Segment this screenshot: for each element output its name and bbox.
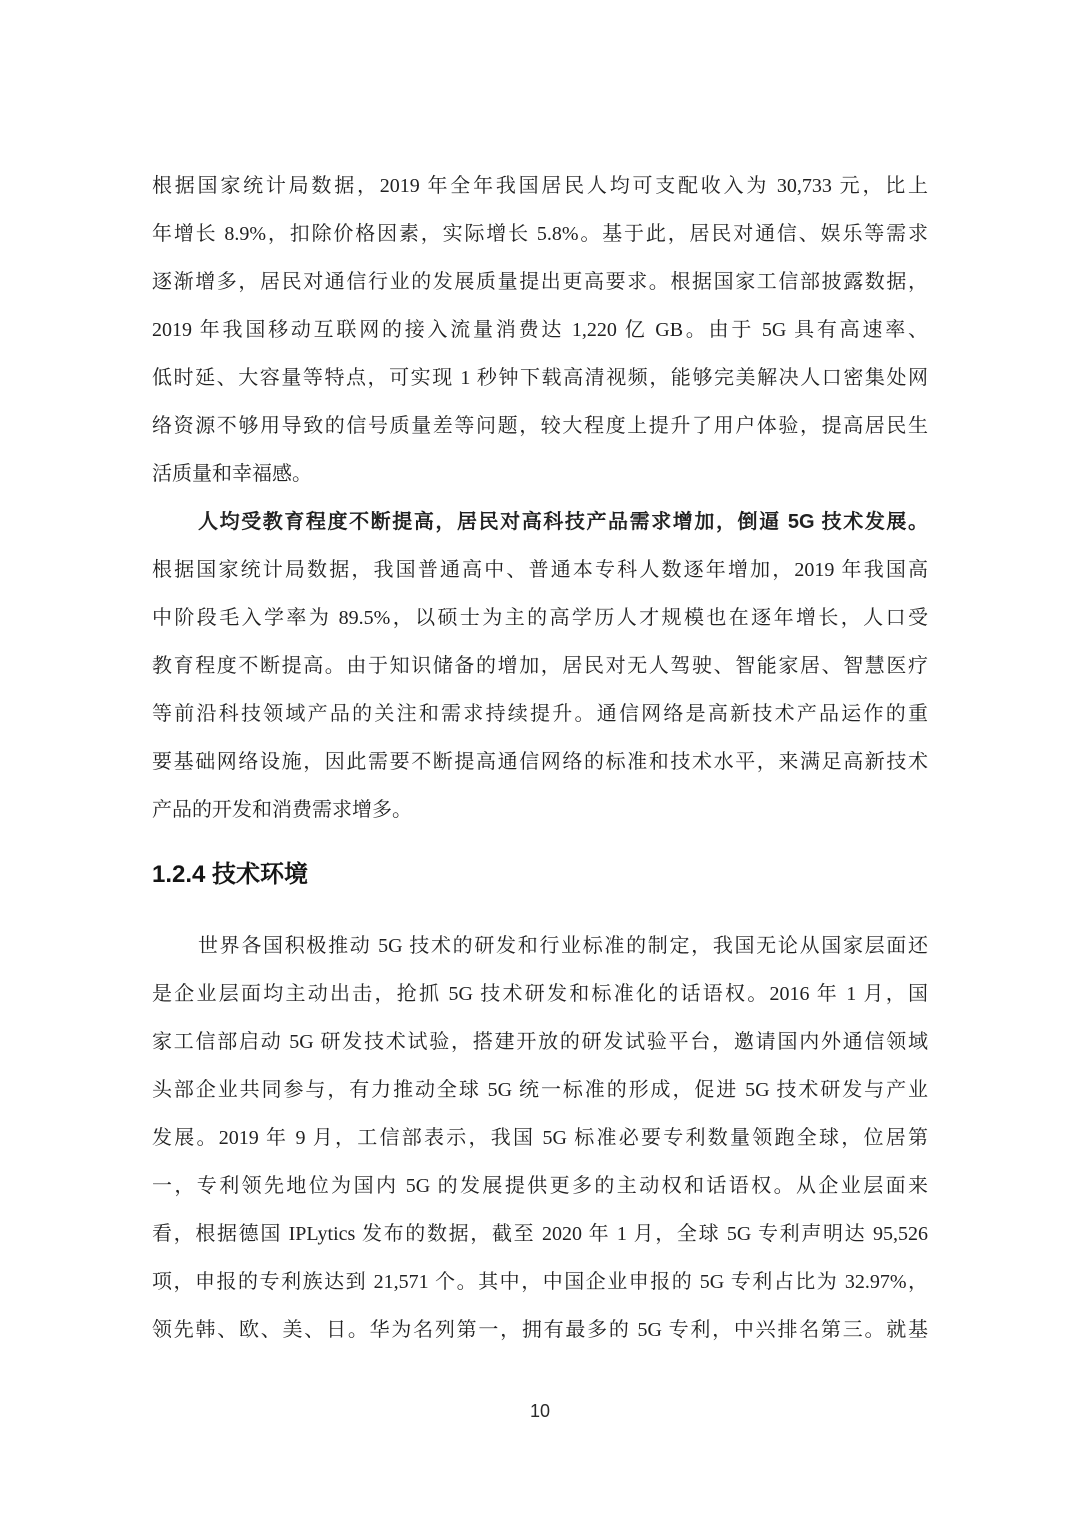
text-line: 领先韩、欧、美、日。华为名列第一，拥有最多的 5G 专利，中兴排名第三。就基 (152, 1306, 928, 1354)
text-line: 低时延、大容量等特点，可实现 1 秒钟下载高清视频，能够完美解决人口密集处网 (152, 354, 928, 402)
paragraph-5g-technology: 世界各国积极推动 5G 技术的研发和行业标准的制定，我国无论从国家层面还 是企业… (152, 922, 928, 1354)
text-line: 根据国家统计局数据，2019 年全年我国居民人均可支配收入为 30,733 元，… (152, 162, 928, 210)
paragraph-disposable-income: 根据国家统计局数据，2019 年全年我国居民人均可支配收入为 30,733 元，… (152, 162, 928, 498)
text-line: 头部企业共同参与，有力推动全球 5G 统一标准的形成，促进 5G 技术研发与产业 (152, 1066, 928, 1114)
text-line: 根据国家统计局数据，我国普通高中、普通本专科人数逐年增加，2019 年我国高 (152, 546, 928, 594)
text-line: 教育程度不断提高。由于知识储备的增加，居民对无人驾驶、智能家居、智慧医疗 (152, 642, 928, 690)
text-line: 一，专利领先地位为国内 5G 的发展提供更多的主动权和话语权。从企业层面来 (152, 1162, 928, 1210)
text-line: 2019 年我国移动互联网的接入流量消费达 1,220 亿 GB。由于 5G 具… (152, 306, 928, 354)
text-line: 是企业层面均主动出击，抢抓 5G 技术研发和标准化的话语权。2016 年 1 月… (152, 970, 928, 1018)
paragraph-education-level: 人均受教育程度不断提高，居民对高科技产品需求增加，倒逼 5G 技术发展。 根据国… (152, 498, 928, 834)
text-line: 家工信部启动 5G 研发技术试验，搭建开放的研发试验平台，邀请国内外通信领域 (152, 1018, 928, 1066)
text-line: 络资源不够用导致的信号质量差等问题，较大程度上提升了用户体验，提高居民生 (152, 402, 928, 450)
text-line: 世界各国积极推动 5G 技术的研发和行业标准的制定，我国无论从国家层面还 (152, 922, 928, 970)
page-content: 根据国家统计局数据，2019 年全年我国居民人均可支配收入为 30,733 元，… (152, 162, 928, 1354)
text-line: 看，根据德国 IPLytics 发布的数据，截至 2020 年 1 月，全球 5… (152, 1210, 928, 1258)
text-line: 逐渐增多，居民对通信行业的发展质量提出更高要求。根据国家工信部披露数据， (152, 258, 928, 306)
section-heading: 1.2.4 技术环境 (152, 856, 928, 894)
text-line: 项，申报的专利族达到 21,571 个。其中，中国企业申报的 5G 专利占比为 … (152, 1258, 928, 1306)
text-line: 年增长 8.9%，扣除价格因素，实际增长 5.8%。基于此，居民对通信、娱乐等需… (152, 210, 928, 258)
text-line: 要基础网络设施，因此需要不断提高通信网络的标准和技术水平，来满足高新技术 (152, 738, 928, 786)
text-line: 等前沿科技领域产品的关注和需求持续提升。通信网络是高新技术产品运作的重 (152, 690, 928, 738)
text-line: 发展。2019 年 9 月，工信部表示，我国 5G 标准必要专利数量领跑全球，位… (152, 1114, 928, 1162)
text-line: 中阶段毛入学率为 89.5%，以硕士为主的高学历人才规模也在逐年增长，人口受 (152, 594, 928, 642)
text-line-bold-lead: 人均受教育程度不断提高，居民对高科技产品需求增加，倒逼 5G 技术发展。 (152, 498, 928, 546)
text-line: 产品的开发和消费需求增多。 (152, 786, 928, 834)
page-number: 10 (0, 1398, 1080, 1424)
text-line: 活质量和幸福感。 (152, 450, 928, 498)
document-page: 根据国家统计局数据，2019 年全年我国居民人均可支配收入为 30,733 元，… (0, 0, 1080, 1528)
